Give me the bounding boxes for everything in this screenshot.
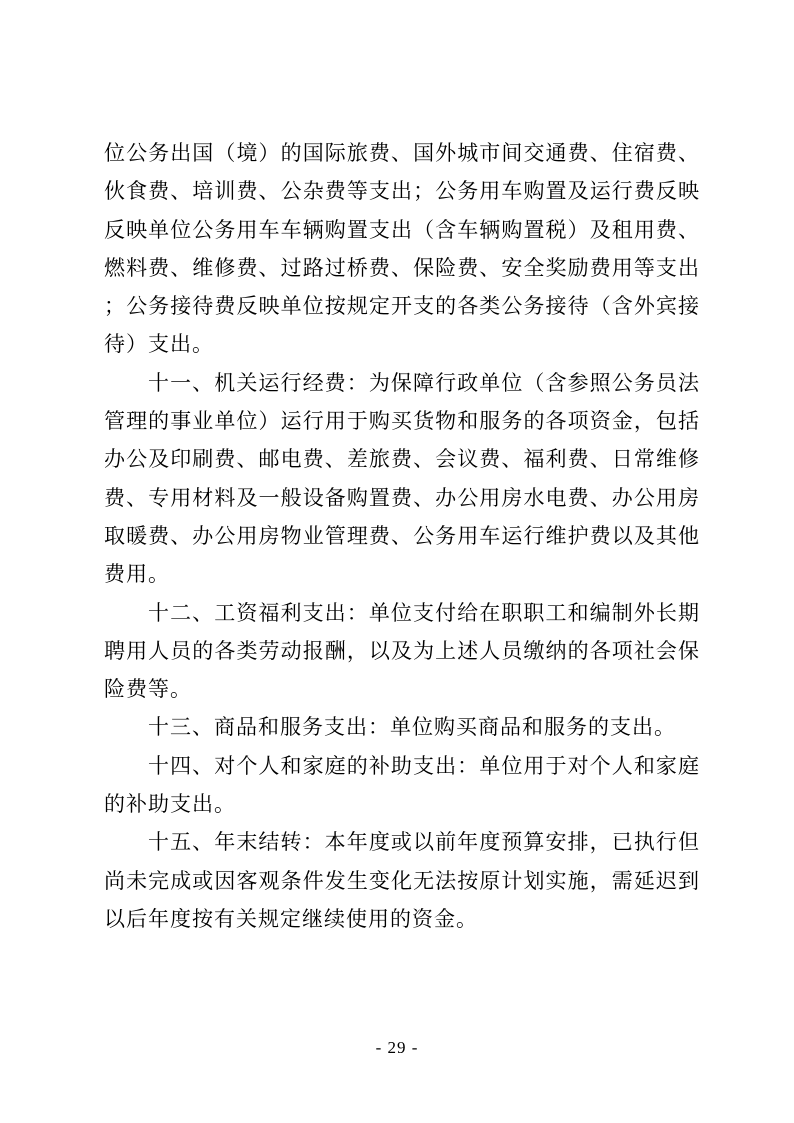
text-line: 以后年度按有关规定继续使用的资金。 — [104, 900, 700, 938]
text-line: 反映单位公务用车车辆购置支出（含车辆购置税）及租用费、 — [104, 211, 700, 249]
text-line: 险费等。 — [104, 670, 700, 708]
text-line: 十五、年末结转：本年度或以前年度预算安排，已执行但 — [104, 823, 700, 861]
text-line: 费、专用材料及一般设备购置费、办公用房水电费、办公用房 — [104, 479, 700, 517]
text-line: 十一、机关运行经费：为保障行政单位（含参照公务员法 — [104, 364, 700, 402]
document-page: 位公务出国（境）的国际旅费、国外城市间交通费、住宿费、 伙食费、培训费、公杂费等… — [0, 0, 794, 1123]
text-line: 十四、对个人和家庭的补助支出：单位用于对个人和家庭 — [104, 747, 700, 785]
paragraph: 十四、对个人和家庭的补助支出：单位用于对个人和家庭 的补助支出。 — [104, 747, 700, 824]
text-line: 燃料费、维修费、过路过桥费、保险费、安全奖励费用等支出 — [104, 249, 700, 287]
text-line: 尚未完成或因客观条件发生变化无法按原计划实施，需延迟到 — [104, 862, 700, 900]
text-line: 的补助支出。 — [104, 785, 700, 823]
text-line: 办公及印刷费、邮电费、差旅费、会议费、福利费、日常维修 — [104, 440, 700, 478]
paragraph: 十二、工资福利支出：单位支付给在职职工和编制外长期 聘用人员的各类劳动报酬，以及… — [104, 594, 700, 709]
text-line: 十三、商品和服务支出：单位购买商品和服务的支出。 — [104, 708, 700, 746]
text-line: ；公务接待费反映单位按规定开支的各类公务接待（含外宾接 — [104, 287, 700, 325]
text-line: 取暖费、办公用房物业管理费、公务用车运行维护费以及其他 — [104, 517, 700, 555]
text-line: 管理的事业单位）运行用于购买货物和服务的各项资金，包括 — [104, 402, 700, 440]
text-line: 聘用人员的各类劳动报酬，以及为上述人员缴纳的各项社会保 — [104, 632, 700, 670]
paragraph: 位公务出国（境）的国际旅费、国外城市间交通费、住宿费、 伙食费、培训费、公杂费等… — [104, 134, 700, 364]
text-line: 费用。 — [104, 555, 700, 593]
text-line: 伙食费、培训费、公杂费等支出；公务用车购置及运行费反映 — [104, 172, 700, 210]
text-line: 位公务出国（境）的国际旅费、国外城市间交通费、住宿费、 — [104, 134, 700, 172]
paragraph: 十一、机关运行经费：为保障行政单位（含参照公务员法 管理的事业单位）运行用于购买… — [104, 364, 700, 594]
paragraph: 十三、商品和服务支出：单位购买商品和服务的支出。 — [104, 708, 700, 746]
page-number: - 29 - — [0, 1038, 794, 1058]
paragraph: 十五、年末结转：本年度或以前年度预算安排，已执行但 尚未完成或因客观条件发生变化… — [104, 823, 700, 938]
text-line: 十二、工资福利支出：单位支付给在职职工和编制外长期 — [104, 594, 700, 632]
document-body: 位公务出国（境）的国际旅费、国外城市间交通费、住宿费、 伙食费、培训费、公杂费等… — [104, 134, 700, 938]
text-line: 待）支出。 — [104, 325, 700, 363]
